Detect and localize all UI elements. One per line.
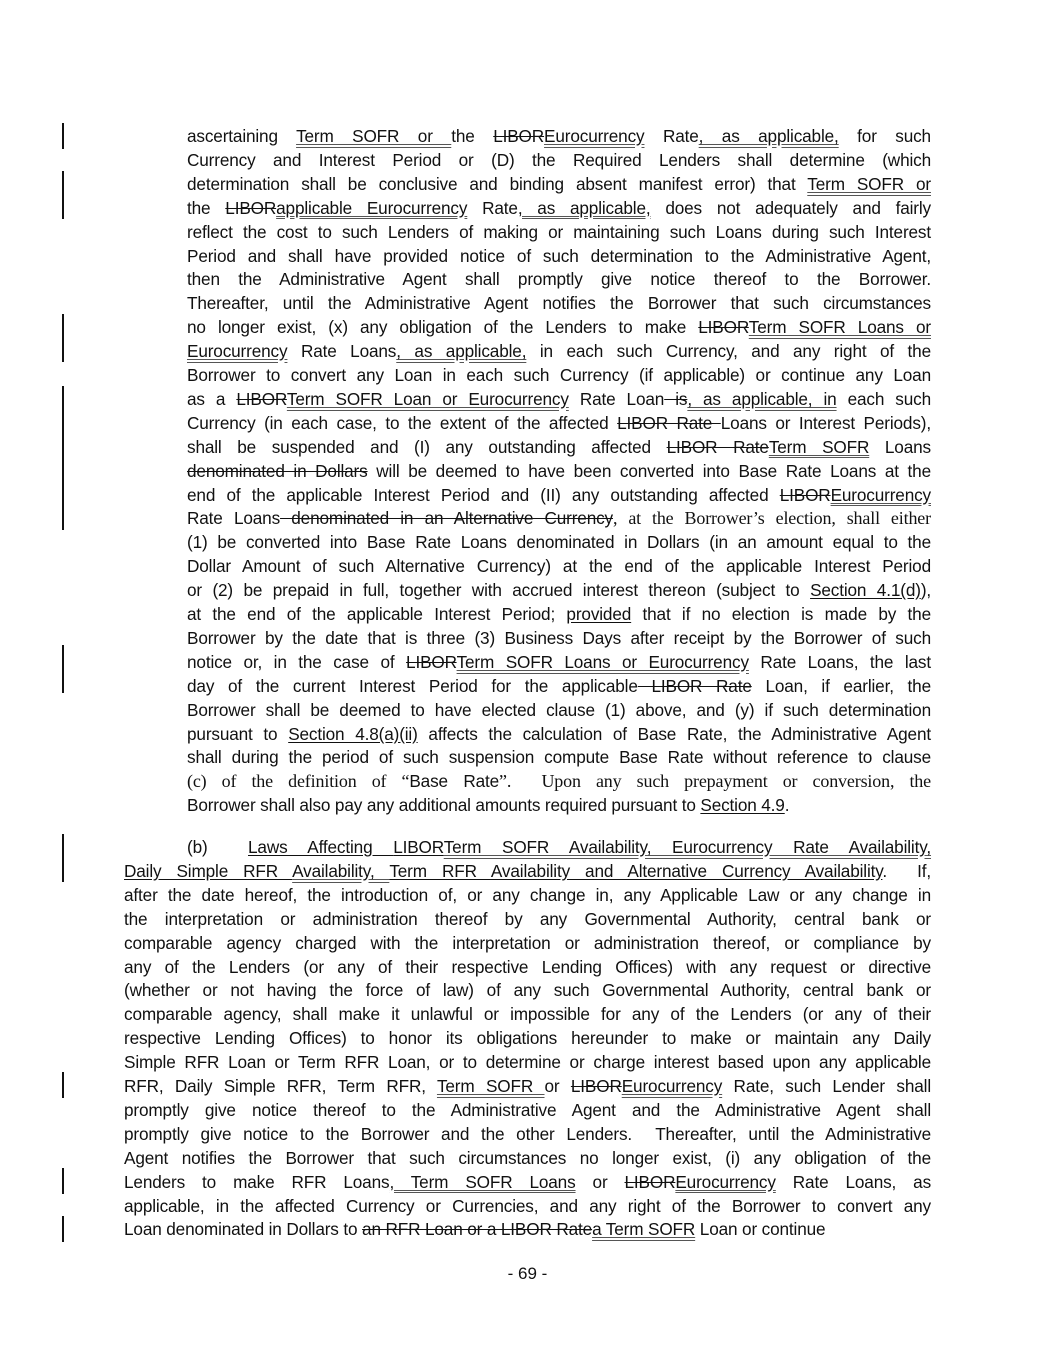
body-text: Lenders to make RFR Loans xyxy=(124,1172,389,1192)
inserted-text: Eurocurrency xyxy=(544,126,644,146)
inserted-text: , Term SOFR Loans xyxy=(389,1172,575,1192)
body-text: each such xyxy=(837,389,931,409)
body-text: then the Administrative Agent shall prom… xyxy=(187,269,931,289)
body-text: Loans or Interest Periods), xyxy=(721,413,931,433)
body-text: at the end of the applicable Interest Pe… xyxy=(187,604,566,624)
deleted-text: LIBOR xyxy=(780,485,831,505)
text-line: reflect the cost to such Lenders of maki… xyxy=(187,220,931,244)
body-text: for such xyxy=(839,126,931,146)
change-bar xyxy=(62,1216,64,1242)
inserted-text: , as applicable, xyxy=(396,341,526,361)
body-text: Rate Loans, as xyxy=(776,1172,931,1192)
text-line: shall during the period of such suspensi… xyxy=(187,745,931,769)
reference-text: Section 4.8(a)(ii) xyxy=(288,724,418,744)
body-text: Period and shall have provided notice of… xyxy=(187,246,931,266)
inserted-text: Term SOFR Loan or Eurocurrency xyxy=(287,389,569,409)
text-line: Borrower by the date that is three (3) B… xyxy=(187,626,931,650)
text-line: end of the applicable Interest Period an… xyxy=(187,483,931,507)
change-bar xyxy=(62,1168,64,1194)
body-text: day of the current Interest Period for t… xyxy=(187,676,638,696)
text-line: Daily Simple RFR Availability, Term RFR … xyxy=(124,859,931,883)
body-text: comparable agency charged with the inter… xyxy=(124,933,931,953)
body-text: that if no election is made by the xyxy=(631,604,931,624)
text-line: Rate Loans denominated in an Alternative… xyxy=(187,506,931,530)
body-text: ”. Upon any such prepayment or conversio… xyxy=(499,771,931,791)
text-line: any of the Lenders (or any of their resp… xyxy=(124,955,931,979)
text-line: RFR, Daily Simple RFR, Term RFR, Term SO… xyxy=(124,1074,931,1098)
inserted-text: Term SOFR or xyxy=(296,126,451,146)
body-text: Loans xyxy=(869,437,931,457)
body-text: . xyxy=(785,795,790,815)
deleted-text: LIBOR xyxy=(225,198,276,218)
text-line: determination shall be conclusive and bi… xyxy=(187,172,931,196)
text-line: no longer exist, (x) any obligation of t… xyxy=(187,315,931,339)
body-text: in each such Currency, and any right of … xyxy=(526,341,931,361)
body-text: promptly give notice thereof to the Admi… xyxy=(124,1100,931,1120)
text-line: Borrower to convert any Loan in each suc… xyxy=(187,363,931,387)
text-line: the LIBORapplicable Eurocurrency Rate, a… xyxy=(187,196,931,220)
text-line: Agent notifies the Borrower that such ci… xyxy=(124,1146,931,1170)
text-line: notice or, in the case of LIBORTerm SOFR… xyxy=(187,650,931,674)
text-line: pursuant to Section 4.8(a)(ii) affects t… xyxy=(187,722,931,746)
body-text: Loan denominated in Dollars to xyxy=(124,1219,362,1239)
text-line: Currency and Interest Period or (D) the … xyxy=(187,148,931,172)
body-text: Rate, such Lender shall xyxy=(722,1076,931,1096)
text-line: shall be suspended and (I) any outstandi… xyxy=(187,435,931,459)
body-text: Rate xyxy=(644,126,698,146)
inserted-text: Term SOFR Loans or Eurocurrency xyxy=(457,652,749,672)
inserted-text: Term SOFR Availability, Eurocurrency Rat… xyxy=(444,837,931,857)
inserted-text: Eurocurrency xyxy=(187,341,287,361)
body-text: will be deemed to have been converted in… xyxy=(368,461,931,481)
inserted-text: Eurocurrency xyxy=(622,1076,722,1096)
body-text: Loan or continue xyxy=(695,1219,825,1239)
body-text: Rate Loan xyxy=(569,389,664,409)
deleted-text: LIBOR xyxy=(493,126,544,146)
change-bar xyxy=(62,834,64,882)
text-line: denominated in Dollars will be deemed to… xyxy=(187,459,931,483)
deleted-text: LIBOR xyxy=(236,389,287,409)
deleted-text: LIBOR Rate xyxy=(667,437,769,457)
body-text: . If, xyxy=(882,861,931,881)
inserted-text: applicable Eurocurrency xyxy=(276,198,467,218)
text-line: (c) of the definition of “Base Rate”. Up… xyxy=(187,769,931,793)
body-text: shall be suspended and (I) any outstandi… xyxy=(187,437,667,457)
change-bar xyxy=(62,645,64,693)
body-text: Agent notifies the Borrower that such ci… xyxy=(124,1148,931,1168)
text-line: Simple RFR Loan or Term RFR Loan, or to … xyxy=(124,1050,931,1074)
text-line: Dollar Amount of such Alternative Curren… xyxy=(187,554,931,578)
change-bar xyxy=(62,123,64,149)
text-line: then the Administrative Agent shall prom… xyxy=(187,267,931,291)
body-text: Borrower shall be deemed to have elected… xyxy=(187,700,931,720)
deleted-text: LIBOR xyxy=(406,652,457,672)
body-text: Thereafter, until the Administrative Age… xyxy=(187,293,931,313)
body-text: Dollar Amount of such Alternative Curren… xyxy=(187,556,931,576)
deleted-text: an RFR Loan or a LIBOR Rate xyxy=(362,1219,592,1239)
reference-text: Term RFR Availability and Alternative Cu… xyxy=(389,861,882,881)
body-text: as a xyxy=(187,389,236,409)
text-line: (whether or not having the force of law)… xyxy=(124,978,931,1002)
body-text: Rate Loans xyxy=(187,508,280,528)
body-text: Simple RFR Loan or Term RFR Loan, or to … xyxy=(124,1052,931,1072)
reference-text: provided xyxy=(566,604,631,624)
reference-text: Laws Affecting xyxy=(248,837,393,857)
body-text: Base Rate xyxy=(409,771,499,791)
inserted-text: Term SOFR or xyxy=(807,174,931,194)
body-text: or xyxy=(576,1172,625,1192)
reference-text: Section 4.9 xyxy=(700,795,784,815)
body-text: ), xyxy=(921,580,931,600)
change-bar xyxy=(62,314,64,362)
inserted-text: , as applicable, xyxy=(699,126,839,146)
body-text: Loan, if earlier, the xyxy=(752,676,931,696)
body-text: after the date hereof, the introduction … xyxy=(124,885,931,905)
text-line: respective Lending Offices) to honor its… xyxy=(124,1026,931,1050)
text-line: Borrower shall be deemed to have elected… xyxy=(187,698,931,722)
document-page: ascertaining Term SOFR or the LIBOREuroc… xyxy=(0,0,1055,1365)
body-text: Borrower shall also pay any additional a… xyxy=(187,795,700,815)
inserted-text: Eurocurrency xyxy=(675,1172,775,1192)
text-line: day of the current Interest Period for t… xyxy=(187,674,931,698)
text-line: Currency (in each case, to the extent of… xyxy=(187,411,931,435)
body-text: no longer exist, (x) any obligation of t… xyxy=(187,317,698,337)
change-bar xyxy=(62,171,64,219)
body-text: pursuant to xyxy=(187,724,288,744)
reference-text: Daily Simple RFR xyxy=(124,861,292,881)
body-text: Borrower by the date that is three (3) B… xyxy=(187,628,931,648)
body-text: (whether or not having the force of law)… xyxy=(124,980,931,1000)
body-text: does not adequately and fairly xyxy=(651,198,931,218)
deleted-text: LIBOR xyxy=(698,317,749,337)
inserted-text: Eurocurrency xyxy=(831,485,931,505)
text-line: the interpretation or administration the… xyxy=(124,907,931,931)
text-line: promptly give notice to the Borrower and… xyxy=(124,1122,931,1146)
body-text: applicable, in the affected Currency or … xyxy=(124,1196,931,1216)
text-line: at the end of the applicable Interest Pe… xyxy=(187,602,931,626)
inserted-text: Term SOFR xyxy=(769,437,869,457)
body-text: the xyxy=(451,126,493,146)
body-text: notice or, in the case of xyxy=(187,652,406,672)
reference-text: Section 4.1(d) xyxy=(810,580,921,600)
body-text: or (2) be prepaid in full, together with… xyxy=(187,580,810,600)
text-line: comparable agency charged with the inter… xyxy=(124,931,931,955)
text-line: comparable agency, shall make it unlawfu… xyxy=(124,1002,931,1026)
deleted-text: LIBOR xyxy=(571,1076,622,1096)
change-bar xyxy=(62,1072,64,1098)
body-text: Rate Loans xyxy=(287,341,396,361)
inserted-text: Term SOFR xyxy=(437,1076,545,1096)
body-text: the interpretation or administration the… xyxy=(124,909,931,929)
text-line: Borrower shall also pay any additional a… xyxy=(187,793,931,817)
body-text: RFR, Daily Simple RFR, Term RFR, xyxy=(124,1076,437,1096)
body-text: determination shall be conclusive and bi… xyxy=(187,174,807,194)
deleted-text: is xyxy=(664,389,687,409)
body-text: Rate Loans, the last xyxy=(749,652,931,672)
body-text: , at the Borrower’s election, shall eith… xyxy=(613,508,931,528)
text-line: as a LIBORTerm SOFR Loan or Eurocurrency… xyxy=(187,387,931,411)
body-text: Borrower to convert any Loan in each suc… xyxy=(187,365,931,385)
body-text: affects the calculation of Base Rate, th… xyxy=(418,724,931,744)
text-line: applicable, in the affected Currency or … xyxy=(124,1194,931,1218)
text-line: Loan denominated in Dollars to an RFR Lo… xyxy=(124,1217,931,1241)
change-bar xyxy=(62,386,64,530)
body-text: Currency and Interest Period or (D) the … xyxy=(187,150,931,170)
deleted-text: LIBOR xyxy=(625,1172,676,1192)
text-line: Eurocurrency Rate Loans, as applicable, … xyxy=(187,339,931,363)
body-text: (c) of the definition of “ xyxy=(187,771,409,791)
text-line: after the date hereof, the introduction … xyxy=(124,883,931,907)
inserted-text: , as applicable, in xyxy=(687,389,836,409)
text-line: (1) be converted into Base Rate Loans de… xyxy=(187,530,931,554)
inserted-text: Availability, xyxy=(292,861,389,881)
body-text: reflect the cost to such Lenders of maki… xyxy=(187,222,931,242)
body-text: promptly give notice to the Borrower and… xyxy=(124,1124,931,1144)
text-line: Thereafter, until the Administrative Age… xyxy=(187,291,931,315)
deleted-text: LIBOR Rate xyxy=(617,413,721,433)
inserted-text: Term SOFR Loans or xyxy=(749,317,931,337)
deleted-text: LIBOR xyxy=(393,837,444,857)
body-text: (1) be converted into Base Rate Loans de… xyxy=(187,532,931,552)
body-text: shall during the period of such suspensi… xyxy=(187,747,931,767)
body-text: Currency (in each case, to the extent of… xyxy=(187,413,617,433)
body-text: the xyxy=(187,198,225,218)
deleted-text: LIBOR Rate xyxy=(638,676,752,696)
inserted-text: a Term SOFR xyxy=(592,1219,695,1239)
body-text: Rate xyxy=(467,198,518,218)
text-line: or (2) be prepaid in full, together with… xyxy=(187,578,931,602)
body-text: or xyxy=(545,1076,571,1096)
inserted-text: , as applicable, xyxy=(518,198,651,218)
clause-label: (b) xyxy=(124,837,248,857)
page-number: - 69 - xyxy=(0,1262,1055,1286)
text-line: (b)Laws Affecting LIBORTerm SOFR Availab… xyxy=(124,835,931,859)
text-line: Lenders to make RFR Loans, Term SOFR Loa… xyxy=(124,1170,931,1194)
body-text: end of the applicable Interest Period an… xyxy=(187,485,780,505)
text-line: ascertaining Term SOFR or the LIBOREuroc… xyxy=(187,124,931,148)
body-text: respective Lending Offices) to honor its… xyxy=(124,1028,931,1048)
text-line: promptly give notice thereof to the Admi… xyxy=(124,1098,931,1122)
body-text: ascertaining xyxy=(187,126,296,146)
body-text: comparable agency, shall make it unlawfu… xyxy=(124,1004,931,1024)
text-line: Period and shall have provided notice of… xyxy=(187,244,931,268)
body-text: any of the Lenders (or any of their resp… xyxy=(124,957,931,977)
deleted-text: denominated in an Alternative Currency xyxy=(280,508,613,528)
deleted-text: denominated in Dollars xyxy=(187,461,368,481)
